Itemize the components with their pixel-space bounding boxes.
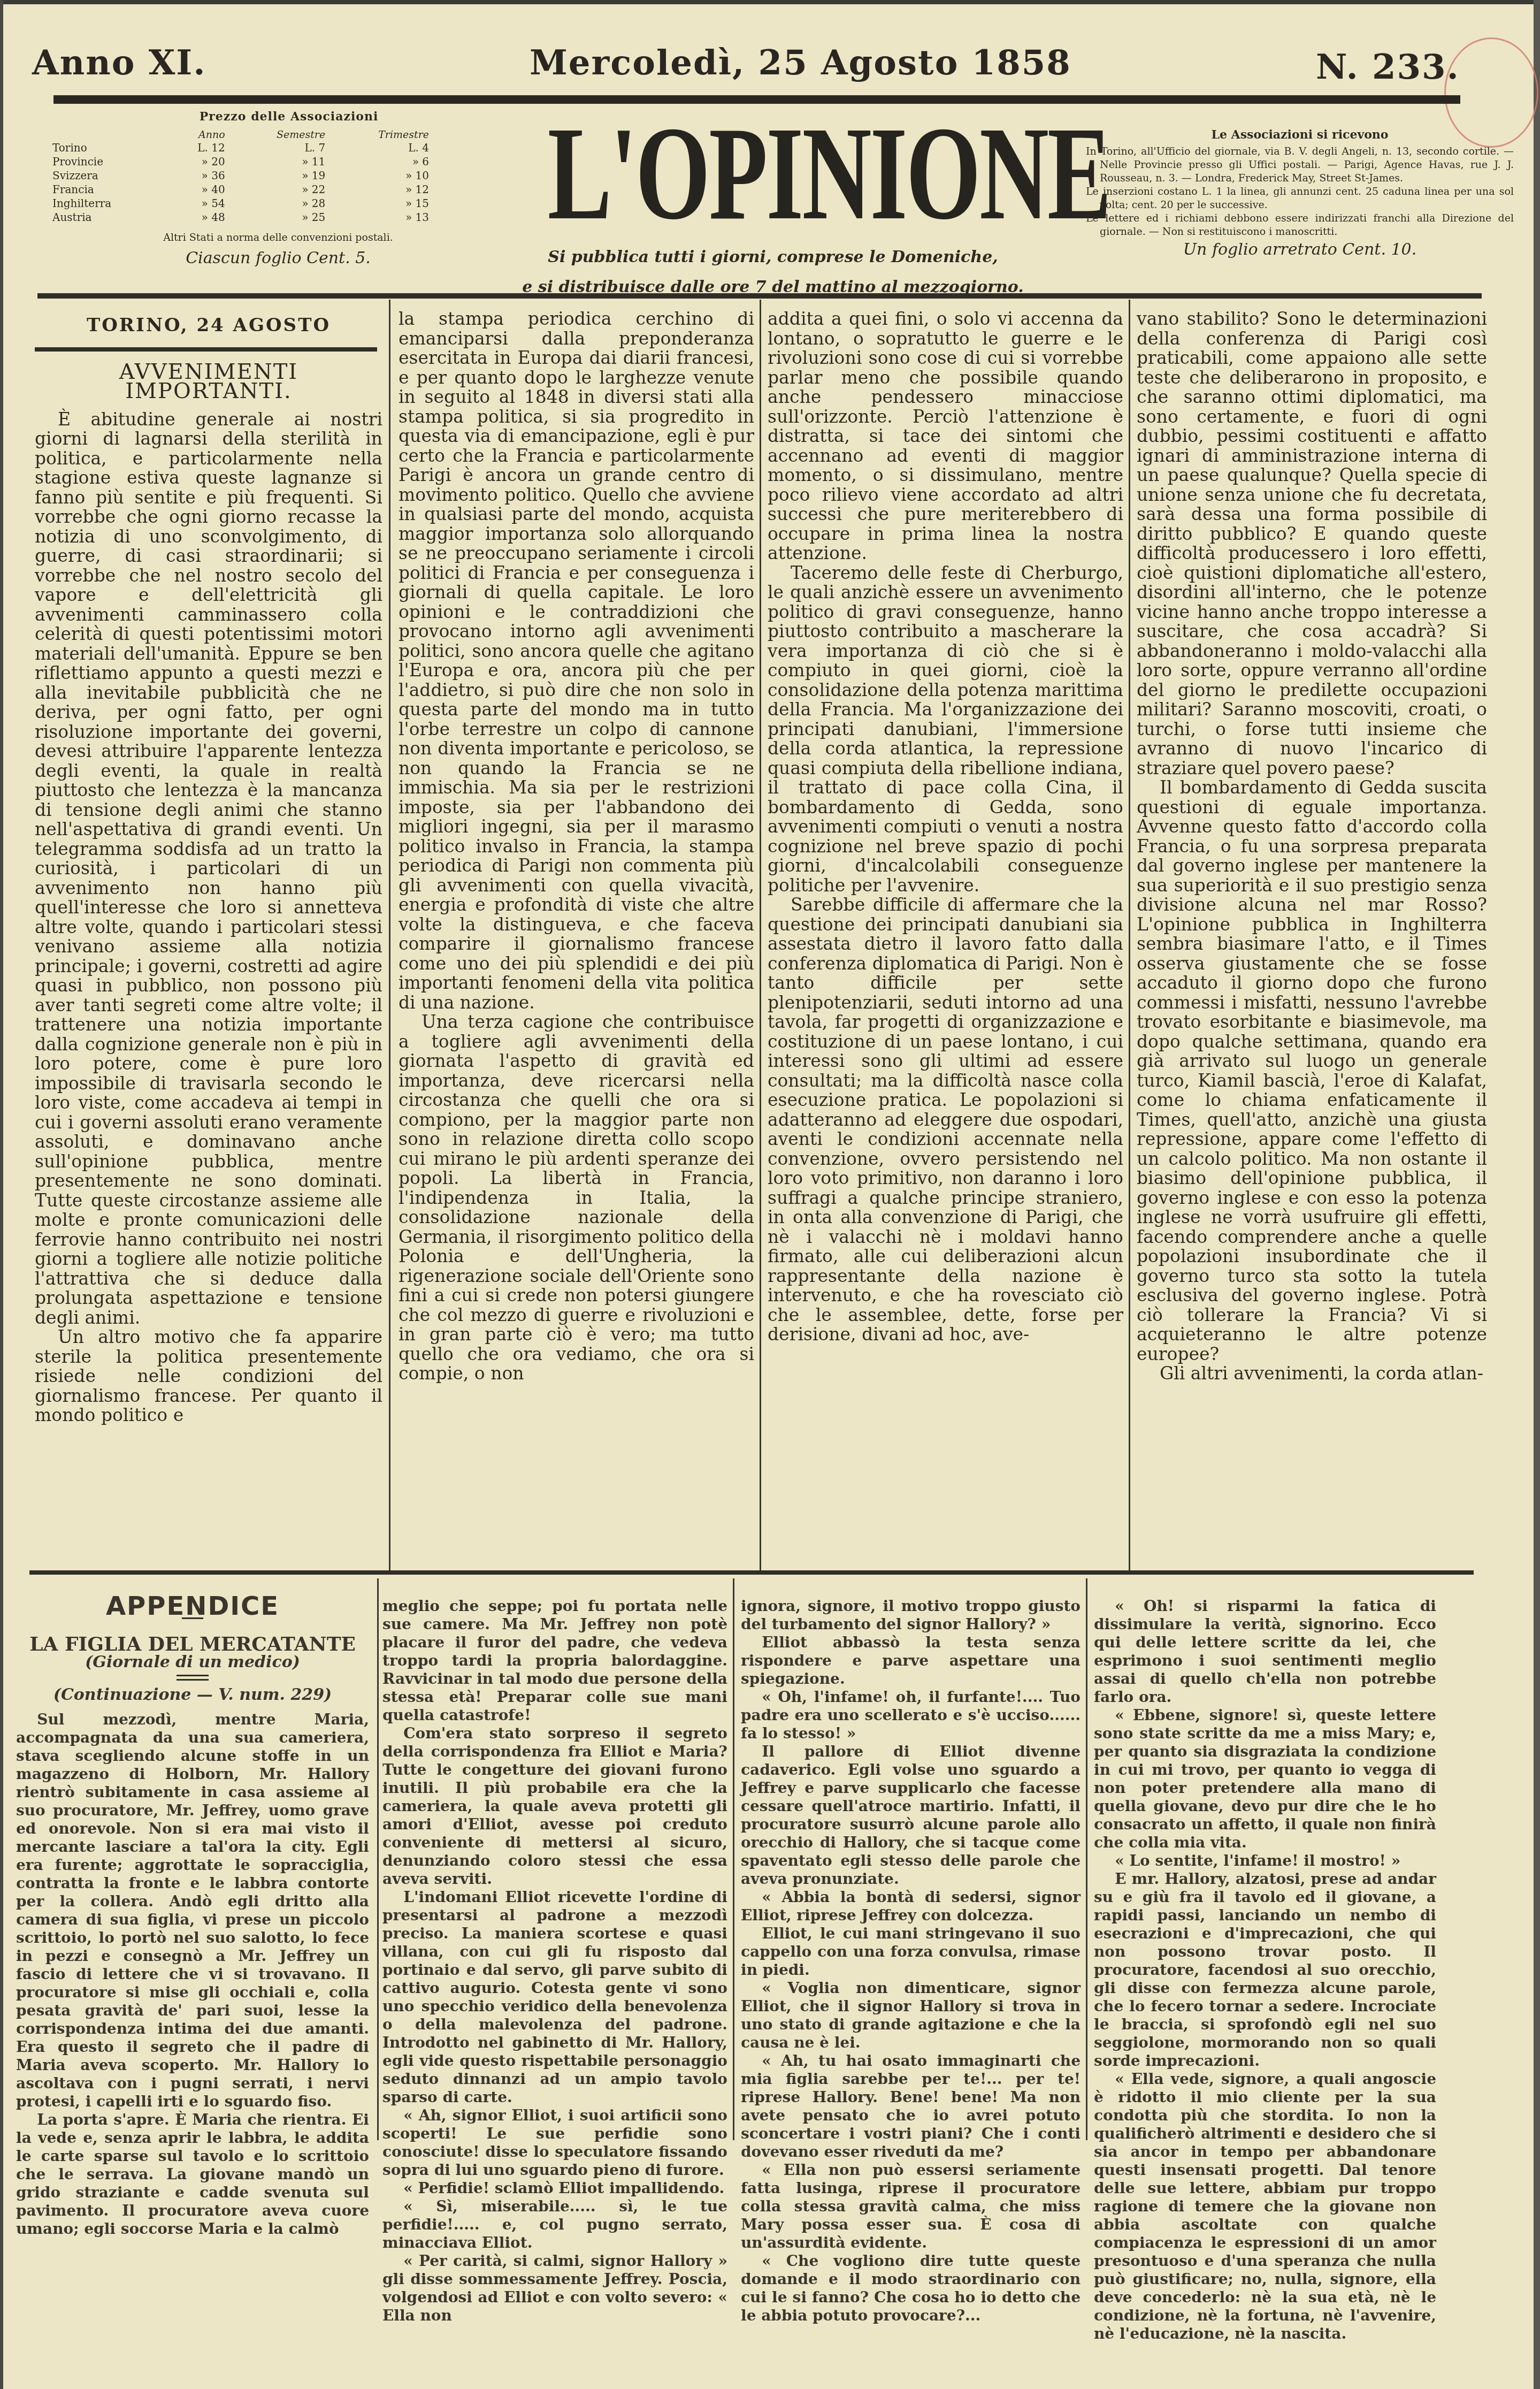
story-paragraph: « Ah, signor Elliot, i suoi artificii so…	[382, 2106, 727, 2179]
column-divider	[1086, 1578, 1087, 2140]
article-paragraph: Taceremo delle feste di Cherburgo, le qu…	[768, 563, 1123, 896]
section-dateline: TORINO, 24 AGOSTO	[35, 316, 382, 335]
prices-row: Austria» 48» 25» 13	[48, 210, 433, 224]
story-paragraph: « Oh, l'infame! oh, il furfante!.... Tuo…	[741, 1688, 1081, 1743]
appendix-header: APPENDICE	[16, 1597, 369, 1615]
page-right-edge	[1534, 0, 1540, 2389]
issue-number: N. 233.	[1316, 47, 1460, 87]
story-paragraph: « Voglia non dimenticare, signor Elliot,…	[741, 1979, 1081, 2052]
story-paragraph: « Lo sentite, l'infame! il mostro! »	[1094, 1852, 1436, 1870]
publication-note-1: Si pubblica tutti i giorni, comprese le …	[460, 247, 1086, 268]
story-paragraph: « Ah, tu hai osato immaginarti che mia f…	[741, 2052, 1081, 2161]
story-paragraph: « Ella non può essersi seriamente fatta …	[741, 2161, 1081, 2252]
double-rule	[177, 1675, 209, 1681]
article-column-1: TORINO, 24 AGOSTO AVVENIMENTI IMPORTANTI…	[35, 316, 382, 1425]
masthead-title-block: L'OPINIONE Si pubblica tutti i giorni, c…	[460, 110, 1086, 298]
subscription-prices: Prezzo delle Associazioni Anno Semestre …	[48, 110, 465, 268]
article-paragraph: Sarebbe difficile di affermare che la qu…	[768, 895, 1123, 1345]
page-top-edge	[0, 0, 1540, 4]
story-paragraph: « Che vogliono dire tutte queste domande…	[741, 2252, 1081, 2325]
story-paragraph: « Sì, miserabile..... sì, le tue perfidi…	[382, 2197, 727, 2252]
column-divider	[389, 300, 390, 1573]
subscription-title: Le Associazioni si ricevono	[1086, 128, 1514, 142]
prices-row: Francia» 40» 22» 12	[48, 182, 433, 196]
article-column-2: la stampa periodica cerchino di emancipa…	[399, 309, 754, 1384]
story-paragraph: meglio che seppe; poi fu portata nelle s…	[382, 1597, 727, 1724]
prices-table: Anno Semestre Trimestre TorinoL. 12L. 7L…	[48, 129, 433, 224]
newspaper-title: L'OPINIONE	[548, 110, 998, 238]
column-divider	[1129, 300, 1130, 1573]
story-subtitle: (Giornale di un medico)	[16, 1653, 369, 1671]
article-paragraph: Gli altri avvenimenti, la corda atlan-	[1137, 1364, 1487, 1384]
prices-col-place	[48, 129, 166, 141]
column-divider	[733, 1578, 734, 2140]
article-paragraph: la stampa periodica cerchino di emancipa…	[399, 309, 754, 1012]
prices-row: Inghilterra» 54» 28» 15	[48, 196, 433, 210]
column-divider	[760, 300, 761, 1573]
prices-row: Provincie» 20» 11» 6	[48, 155, 433, 169]
story-paragraph: Com'era stato sorpreso il segreto della …	[382, 1724, 727, 1888]
prices-title: Prezzo delle Associazioni	[48, 110, 465, 124]
story-paragraph: « Per carità, si calmi, signor Hallory »…	[382, 2252, 727, 2325]
article-paragraph: addita a quei fini, o solo vi accenna da…	[768, 309, 1123, 563]
prices-row: TorinoL. 12L. 7L. 4	[48, 141, 433, 155]
article-paragraph: Un altro motivo che fa apparire sterile …	[35, 1327, 382, 1425]
content-top-rule	[37, 293, 1482, 299]
article-column-4: vano stabilito? Sono le determinazioni d…	[1137, 309, 1487, 1384]
date-label: Mercoledì, 25 Agosto 1858	[530, 43, 1071, 83]
story-paragraph: « Oh! si risparmi la fatica di dissimula…	[1094, 1597, 1436, 1706]
section-rule	[35, 347, 377, 352]
subscription-line: Le inserzioni costano L. 1 la linea, gli…	[1086, 185, 1514, 212]
story-paragraph: « Ebbene, signore! sì, queste lettere so…	[1094, 1706, 1436, 1852]
story-paragraph: Elliot, le cui mani stringevano il suo c…	[741, 1925, 1081, 1979]
article-paragraph: È abitudine generale ai nostri giorni di…	[35, 410, 382, 1328]
story-paragraph: L'indomani Elliot ricevette l'ordine di …	[382, 1888, 727, 2106]
prices-col-anno: Anno	[166, 129, 229, 141]
story-paragraph: Il pallore di Elliot divenne cadaverico.…	[741, 1743, 1081, 1888]
appendix-column-2: meglio che seppe; poi fu portata nelle s…	[382, 1597, 727, 2325]
dateline: Anno XI. Mercoledì, 25 Agosto 1858 N. 23…	[0, 37, 1540, 102]
article-paragraph: Una terza cagione che contribuisce a tog…	[399, 1012, 754, 1384]
article-headline: AVVENIMENTI IMPORTANTI.	[35, 362, 382, 401]
prices-note: Altri Stati a norma delle convenzioni po…	[48, 232, 465, 243]
story-continuation: (Continuazione — V. num. 229)	[16, 1686, 369, 1704]
prices-row: Svizzera» 36» 19» 10	[48, 169, 433, 182]
prices-col-semestre: Semestre	[229, 129, 330, 141]
appendix-column-4: « Oh! si risparmi la fatica di dissimula…	[1094, 1597, 1436, 2343]
story-paragraph: Sul mezzodì, mentre Maria, accompagnata …	[16, 1711, 369, 2111]
story-paragraph: « Abbia la bontà di sedersi, signor Elli…	[741, 1888, 1081, 1925]
article-column-3: addita a quei fini, o solo vi accenna da…	[768, 309, 1123, 1345]
story-title: LA FIGLIA DEL MERCATANTE	[16, 1635, 369, 1653]
single-copy-price: Ciascun foglio Cent. 5.	[48, 249, 465, 268]
column-divider	[377, 1578, 379, 2140]
story-paragraph: ignora, signore, il motivo troppo giusto…	[741, 1597, 1081, 1634]
story-paragraph: Elliot abbassò la testa senza rispondere…	[741, 1634, 1081, 1688]
story-paragraph: « Ella vede, signore, a quali angoscie è…	[1094, 2070, 1436, 2343]
subscription-line: Le lettere ed i richiami debbono essere …	[1086, 212, 1514, 239]
article-paragraph: vano stabilito? Sono le determinazioni d…	[1137, 309, 1487, 778]
subscription-line: In Torino, all'Ufficio del giornale, via…	[1086, 145, 1514, 185]
story-paragraph: La porta s'apre. È Maria che rientra. Ei…	[16, 2111, 369, 2238]
subscription-info: Le Associazioni si ricevono In Torino, a…	[1086, 128, 1514, 256]
year-label: Anno XI.	[32, 43, 206, 83]
article-paragraph: Il bombardamento di Gedda suscita questi…	[1137, 778, 1487, 1364]
story-paragraph: E mr. Hallory, alzatosi, prese ad andar …	[1094, 1870, 1436, 2070]
appendix-column-3: ignora, signore, il motivo troppo giusto…	[741, 1597, 1081, 2325]
page-left-edge	[0, 0, 3, 2389]
story-paragraph: « Perfidie! sclamò Elliot impallidendo.	[382, 2179, 727, 2197]
back-issue-price: Un foglio arretrato Cent. 10.	[1086, 243, 1514, 256]
appendix-column-1: APPENDICE LA FIGLIA DEL MERCATANTE (Gior…	[16, 1597, 369, 2238]
appendix-rule	[29, 1570, 1474, 1575]
prices-col-trimestre: Trimestre	[330, 129, 433, 141]
